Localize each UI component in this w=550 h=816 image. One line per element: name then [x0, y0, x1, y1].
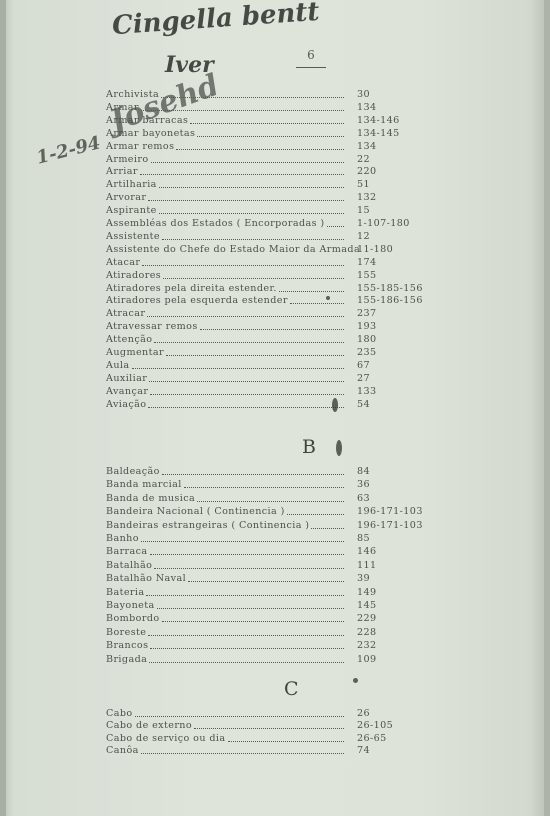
leader-dots [197, 492, 344, 502]
entry-term: Augmentar [106, 346, 164, 359]
index-entry: Cabo de serviço ou dia26-65 [106, 732, 346, 745]
entry-term: Armar remos [106, 140, 174, 153]
entry-term: Bombordo [106, 612, 160, 625]
entry-pages: 30 [357, 88, 370, 101]
entry-term: Atiradores pela direita estender. [106, 282, 277, 295]
index-entry: Bandeiras estrangeiras ( Continencia )19… [106, 519, 346, 532]
entry-term: Atiradores pela esquerda estender [106, 294, 288, 307]
leader-dots [140, 165, 344, 175]
binding-edge [0, 0, 6, 816]
leader-dots [161, 88, 344, 98]
entry-pages: 145 [357, 599, 377, 612]
index-entry: Atiradores pela direita estender.155-185… [106, 282, 346, 295]
entry-pages: 146 [357, 545, 377, 558]
entry-pages: 54 [357, 398, 370, 411]
index-entry: Archivista30 [106, 88, 346, 101]
leader-dots [162, 612, 344, 622]
entry-term: Aviação [106, 398, 146, 411]
index-entry: Barraca146 [106, 545, 346, 558]
leader-dots [146, 586, 344, 596]
index-entry: Aviação54 [106, 398, 346, 411]
index-entry: Canôa74 [106, 744, 346, 757]
entry-term: Armar [106, 101, 139, 114]
leader-dots [154, 559, 344, 569]
entry-term: Banda de musica [106, 492, 195, 505]
leader-dots [194, 719, 344, 729]
ink-stain [336, 440, 342, 456]
entry-pages: 134 [357, 140, 377, 153]
entry-term: Cabo de externo [106, 719, 192, 732]
entry-pages: 26-65 [357, 732, 387, 745]
entry-term: Batalhão Naval [106, 572, 186, 585]
index-entry: Banho85 [106, 532, 346, 545]
entry-term: Atiradores [106, 269, 161, 282]
index-entry: Cabo26 [106, 707, 346, 720]
leader-dots [162, 230, 344, 240]
index-entry: Cabo de externo26-105 [106, 719, 346, 732]
entry-term: Arvorar [106, 191, 146, 204]
index-entry: Atacar174 [106, 256, 346, 269]
section-letter-c: C [284, 678, 299, 700]
entry-term: Assistente do Chefe do Estado Maior da A… [106, 243, 360, 256]
handwritten-note: Cingella bentt [111, 0, 320, 41]
leader-dots [159, 178, 344, 188]
index-entry: Banda de musica63 [106, 492, 346, 505]
index-entry: Banda marcial36 [106, 478, 346, 491]
index-entry: Armeiro22 [106, 153, 346, 166]
leader-dots [159, 204, 344, 214]
entry-term: Artilharia [106, 178, 157, 191]
index-entry: Bateria149 [106, 586, 346, 599]
entry-pages: 36 [357, 478, 370, 491]
index-entry: Brigada109 [106, 653, 346, 666]
index-entry: Bandeira Nacional ( Continencia )196-171… [106, 505, 346, 518]
entry-term: Archivista [106, 88, 159, 101]
ink-stain [326, 296, 330, 300]
entry-pages: 132 [357, 191, 377, 204]
entry-pages: 174 [357, 256, 377, 269]
index-entry: Avançar133 [106, 385, 346, 398]
entry-term: Bayoneta [106, 599, 155, 612]
entry-pages: 229 [357, 612, 377, 625]
entry-pages: 180 [357, 333, 377, 346]
section-letter-b: B [302, 436, 316, 458]
leader-dots [141, 101, 344, 111]
leader-dots [150, 639, 344, 649]
entry-pages: 26 [357, 707, 370, 720]
entry-pages: 22 [357, 153, 370, 166]
index-entry: Assistente12 [106, 230, 346, 243]
leader-dots [148, 626, 344, 636]
entry-pages: 111 [357, 559, 377, 572]
leader-dots [166, 346, 344, 356]
index-entry: Armar bayonetas134-145 [106, 127, 346, 140]
index-entry: Armar134 [106, 101, 346, 114]
entry-term: Avançar [106, 385, 148, 398]
entry-term: Batalhão [106, 559, 152, 572]
entry-term: Armar bayonetas [106, 127, 195, 140]
leader-dots [157, 599, 344, 609]
entry-pages: 12 [357, 230, 370, 243]
index-entry: Atiradores pela esquerda estender155-186… [106, 294, 346, 307]
entry-term: Bandeiras estrangeiras ( Continencia ) [106, 519, 309, 532]
entry-pages: 134-145 [357, 127, 400, 140]
entry-term: Cabo de serviço ou dia [106, 732, 226, 745]
leader-dots [141, 532, 344, 542]
leader-dots [149, 372, 344, 382]
entry-term: Banda marcial [106, 478, 182, 491]
page-number: 6 [296, 48, 326, 62]
index-entry: Auxiliar27 [106, 372, 346, 385]
entry-term: Aspirante [106, 204, 157, 217]
leader-dots [279, 282, 344, 292]
index-entry: Assistente do Chefe do Estado Maior da A… [106, 243, 346, 256]
entry-pages: 155-185-156 [357, 282, 423, 295]
entry-term: Bateria [106, 586, 144, 599]
index-entry: Atracar237 [106, 307, 346, 320]
ink-stain [353, 678, 358, 683]
index-entry: Armar barracas134-146 [106, 114, 346, 127]
index-entry: Attenção180 [106, 333, 346, 346]
entry-pages: 109 [357, 653, 377, 666]
leader-dots [150, 545, 344, 555]
entry-term: Armeiro [106, 153, 149, 166]
entry-pages: 196-171-103 [357, 519, 423, 532]
index-entry: Aspirante15 [106, 204, 346, 217]
entry-pages: 193 [357, 320, 377, 333]
index-entry: Batalhão111 [106, 559, 346, 572]
leader-dots [148, 191, 344, 201]
leader-dots [311, 519, 344, 529]
entry-pages: 133 [357, 385, 377, 398]
entry-term: Armar barracas [106, 114, 188, 127]
leader-dots [149, 653, 344, 663]
index-entry: Armar remos134 [106, 140, 346, 153]
index-entry: Baldeação84 [106, 465, 346, 478]
entry-term: Baldeação [106, 465, 160, 478]
entry-term: Brigada [106, 653, 147, 666]
leader-dots [197, 127, 344, 137]
entry-pages: 237 [357, 307, 377, 320]
entry-pages: 11-180 [357, 243, 393, 256]
entry-term: Assistente [106, 230, 160, 243]
page-number-rule [296, 67, 326, 68]
leader-dots [150, 385, 344, 395]
entry-pages: 67 [357, 359, 370, 372]
index-entry: Atiradores155 [106, 269, 346, 282]
leader-dots [148, 398, 344, 408]
index-entry: Arvorar132 [106, 191, 346, 204]
entry-pages: 63 [357, 492, 370, 505]
entry-term: Arriar [106, 165, 138, 178]
entry-term: Atacar [106, 256, 140, 269]
entry-pages: 134-146 [357, 114, 400, 127]
entry-term: Atravessar remos [106, 320, 198, 333]
entry-term: Boreste [106, 626, 146, 639]
entry-term: Bandeira Nacional ( Continencia ) [106, 505, 285, 518]
page-edge [544, 0, 550, 816]
entry-pages: 155 [357, 269, 377, 282]
index-entry: Aula67 [106, 359, 346, 372]
entry-term: Atracar [106, 307, 145, 320]
entry-term: Brancos [106, 639, 148, 652]
entry-pages: 1-107-180 [357, 217, 410, 230]
entry-term: Auxiliar [106, 372, 147, 385]
index-entry: Batalhão Naval39 [106, 572, 346, 585]
index-entry: Boreste228 [106, 626, 346, 639]
index-entry: Arriar220 [106, 165, 346, 178]
leader-dots [228, 732, 344, 742]
handwritten-date: 1-2-94 [34, 132, 102, 168]
leader-dots [132, 359, 345, 369]
leader-dots [142, 256, 344, 266]
entry-pages: 27 [357, 372, 370, 385]
index-page: Cingella bentt Iver Josehd 1-2-94 6 Arch… [0, 0, 550, 816]
index-entry: Brancos232 [106, 639, 346, 652]
leader-dots [135, 707, 344, 717]
leader-dots [200, 320, 344, 330]
index-entry: Atravessar remos193 [106, 320, 346, 333]
leader-dots [190, 114, 344, 124]
index-entry: Artilharia51 [106, 178, 346, 191]
entry-pages: 155-186-156 [357, 294, 423, 307]
entry-pages: 134 [357, 101, 377, 114]
entry-pages: 196-171-103 [357, 505, 423, 518]
ink-stain [332, 398, 338, 412]
leader-dots [151, 153, 344, 163]
entry-term: Attenção [106, 333, 152, 346]
leader-dots [163, 269, 344, 279]
leader-dots [290, 294, 344, 304]
entry-term: Aula [106, 359, 130, 372]
leader-dots [154, 333, 344, 343]
entry-term: Canôa [106, 744, 139, 757]
leader-dots [287, 505, 344, 515]
entry-term: Banho [106, 532, 139, 545]
leader-dots [184, 478, 344, 488]
leader-dots [188, 572, 344, 582]
leader-dots [162, 465, 344, 475]
entry-term: Assembléas dos Estados ( Encorporadas ) [106, 217, 325, 230]
entry-pages: 235 [357, 346, 377, 359]
entry-term: Cabo [106, 707, 133, 720]
entry-pages: 232 [357, 639, 377, 652]
leader-dots [141, 744, 344, 754]
leader-dots [176, 140, 344, 150]
leader-dots [147, 307, 344, 317]
entry-pages: 220 [357, 165, 377, 178]
entry-pages: 15 [357, 204, 370, 217]
entry-pages: 74 [357, 744, 370, 757]
index-entry: Bombordo229 [106, 612, 346, 625]
index-entry: Augmentar235 [106, 346, 346, 359]
entry-term: Barraca [106, 545, 148, 558]
index-entry: Assembléas dos Estados ( Encorporadas )1… [106, 217, 346, 230]
entry-pages: 85 [357, 532, 370, 545]
entry-pages: 39 [357, 572, 370, 585]
entry-pages: 84 [357, 465, 370, 478]
entry-pages: 51 [357, 178, 370, 191]
entry-pages: 149 [357, 586, 377, 599]
entry-pages: 26-105 [357, 719, 393, 732]
entry-pages: 228 [357, 626, 377, 639]
leader-dots [327, 217, 344, 227]
index-entry: Bayoneta145 [106, 599, 346, 612]
